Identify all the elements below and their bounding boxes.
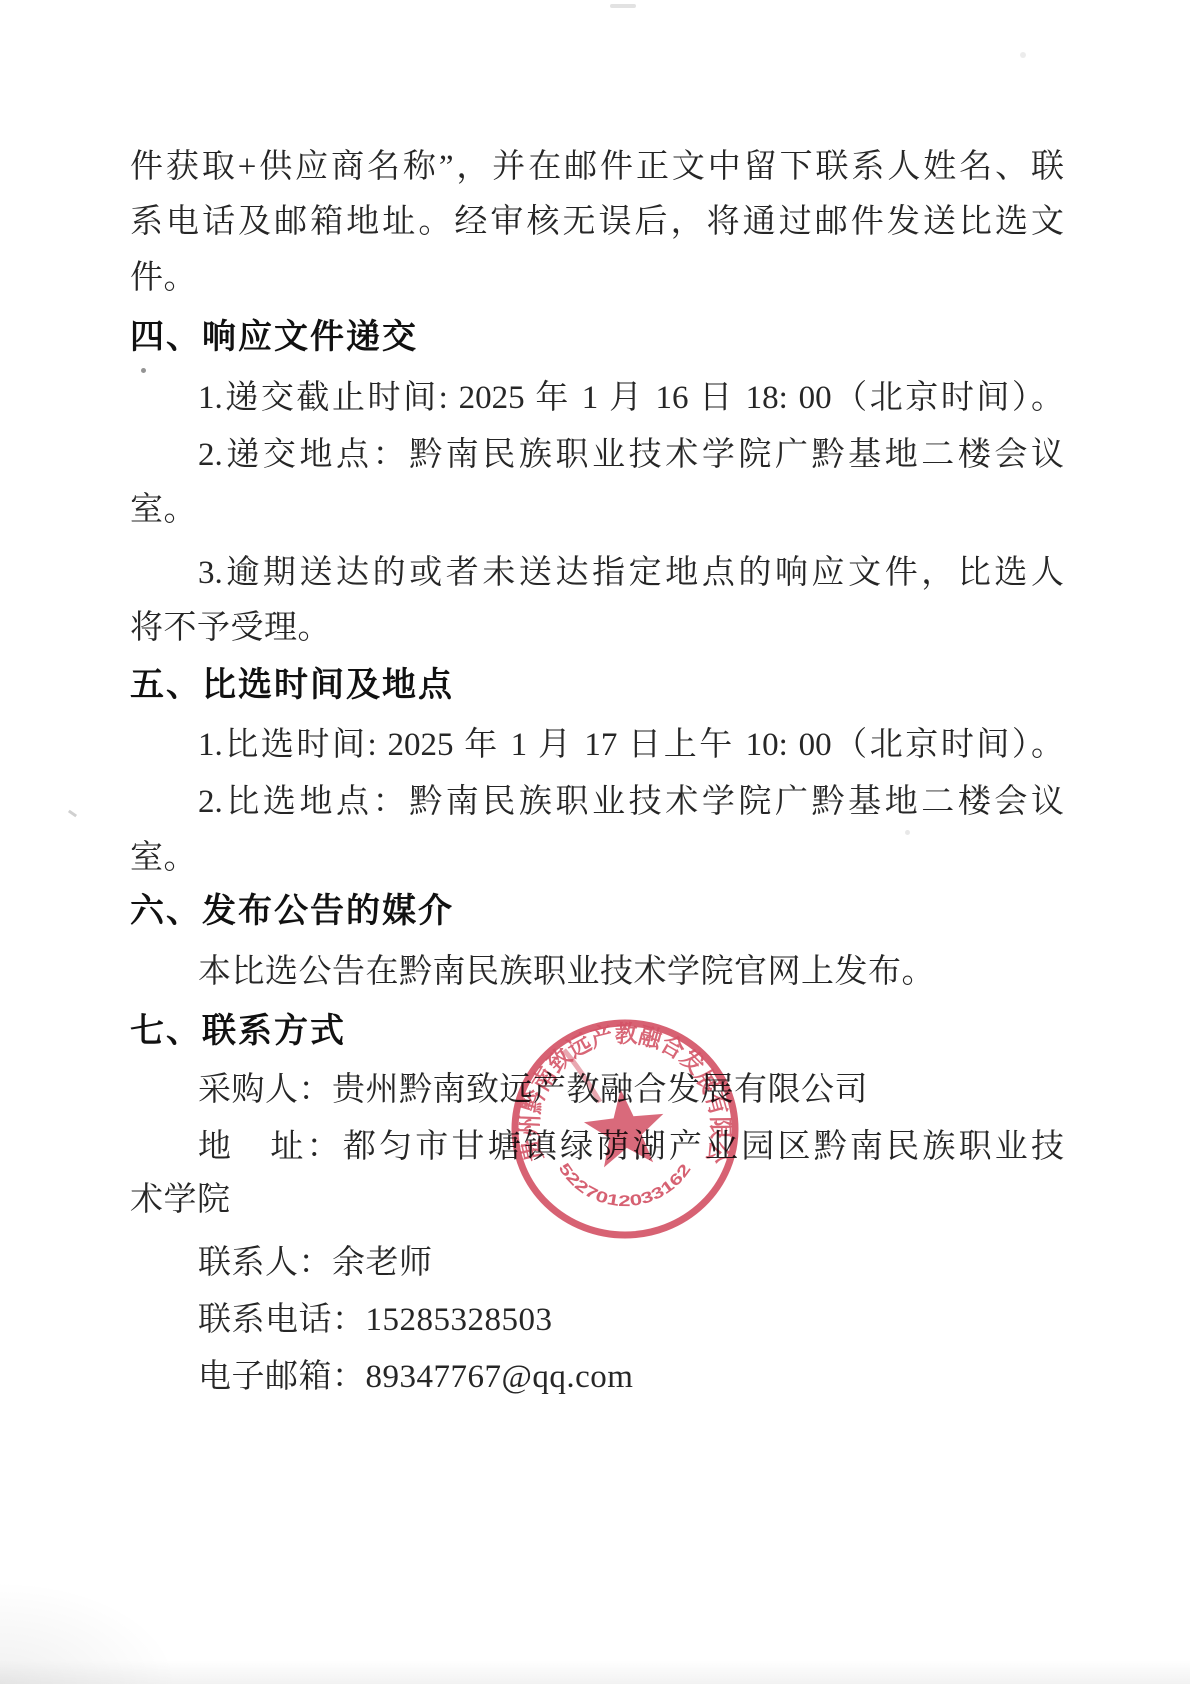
contact-phone-line: 联系电话：15285328503 <box>198 1297 553 1343</box>
submission-location-line-2: 室。 <box>130 487 197 533</box>
seal-star-icon <box>581 1085 668 1169</box>
seal-graphic: 贵州黔南致远产教融合发展有限公司 5227012033162 <box>506 1016 744 1248</box>
heading-contact-info: 七、联系方式 <box>130 1008 346 1054</box>
scan-speck <box>1020 52 1026 58</box>
scan-speck <box>141 368 146 373</box>
comparison-time-line: 1.比选时间: 2025 年 1 月 17 日上午 10: 00（北京时间）。 <box>198 722 1064 768</box>
comparison-location-line-1: 2.比选地点：黔南民族职业技术学院广黔基地二楼会议 <box>198 779 1064 825</box>
contact-person-line: 联系人：余老师 <box>198 1240 433 1286</box>
continuation-line-3: 件。 <box>130 255 197 301</box>
scan-speck <box>68 810 77 818</box>
scan-speck <box>610 4 636 8</box>
overdue-line-2: 将不予受理。 <box>130 605 331 651</box>
address-line-2: 术学院 <box>130 1177 231 1223</box>
continuation-line-1: 件获取+供应商名称”，并在邮件正文中留下联系人姓名、联 <box>130 144 1064 190</box>
continuation-line-2: 系电话及邮箱地址。经审核无误后，将通过邮件发送比选文 <box>130 199 1064 245</box>
submission-location-line-1: 2.递交地点：黔南民族职业技术学院广黔基地二楼会议 <box>198 432 1064 478</box>
scan-edge-shadow <box>0 1660 1190 1684</box>
heading-announcement-media: 六、发布公告的媒介 <box>130 888 454 934</box>
company-seal-stamp: 贵州黔南致远产教融合发展有限公司 5227012033162 <box>506 1016 744 1248</box>
scanned-document-page: 件获取+供应商名称”，并在邮件正文中留下联系人姓名、联 系电话及邮箱地址。经审核… <box>0 0 1190 1684</box>
deadline-line: 1.递交截止时间: 2025 年 1 月 16 日 18: 00（北京时间）。 <box>198 375 1064 421</box>
overdue-line-1: 3.逾期送达的或者未送达指定地点的响应文件，比选人 <box>198 550 1064 596</box>
comparison-location-line-2: 室。 <box>130 835 197 881</box>
seal-registration-number: 5227012033162 <box>555 1160 695 1210</box>
scan-corner-shadow <box>0 1580 180 1684</box>
announcement-media-line: 本比选公告在黔南民族职业技术学院官网上发布。 <box>198 949 935 995</box>
svg-text:5227012033162: 5227012033162 <box>555 1160 695 1210</box>
contact-email-line: 电子邮箱：89347767@qq.com <box>198 1354 633 1400</box>
scan-speck <box>905 830 910 835</box>
heading-comparison-time-place: 五、比选时间及地点 <box>130 662 454 708</box>
heading-response-submission: 四、响应文件递交 <box>130 314 418 360</box>
